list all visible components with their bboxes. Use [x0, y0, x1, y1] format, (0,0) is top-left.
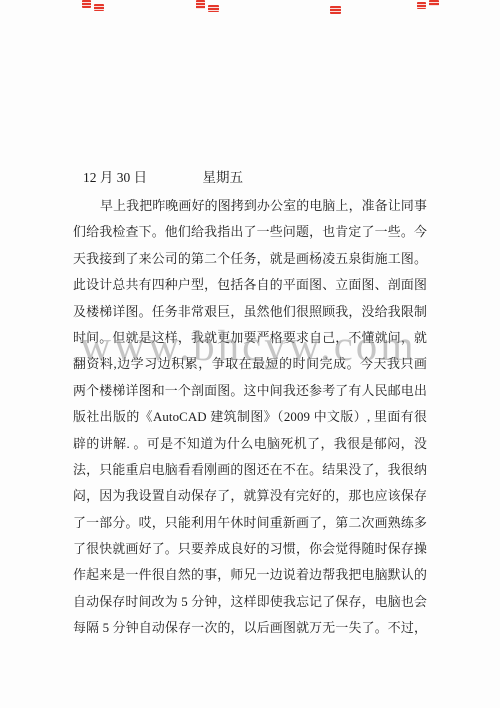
diary-weekday: 星期五 — [203, 170, 244, 185]
jpeg-artifact-mark — [82, 0, 91, 8]
diary-text-line: 法，只能重启电脑看看刚画的图还在不在。结果没了，我很纳 — [73, 457, 427, 483]
diary-text-line: 了很快就画好了。只要养成良好的习惯，你会觉得随时保存操 — [73, 536, 427, 562]
diary-text-line: 作起来是一件很自然的事，师兄一边说着边帮我把电脑默认的 — [73, 562, 427, 588]
diary-text-line: 此设计总共有四种户型，包括各自的平面图、立面图、剖面图 — [73, 272, 427, 298]
diary-text-line: 辟的讲解. 。可是不知道为什么电脑死机了，我很是郁闷，没办 — [73, 431, 427, 457]
diary-text-line: 早上我把昨晚画好的图拷到办公室的电脑上，准备让同事 — [73, 193, 427, 219]
diary-text-line: 每隔 5 分钟自动保存一次的，以后画图就万无一失了。不过， — [73, 615, 427, 641]
diary-date: 12 月 30 日 — [73, 170, 147, 185]
jpeg-artifact-mark — [196, 0, 205, 9]
diary-text-line: 版社出版的《AutoCAD 建筑制图》（2009 中文版）, 里面有很精 — [73, 404, 427, 430]
document-page: 12 月 30 日 星期五 早上我把昨晚画好的图拷到办公室的电脑上，准备让同事 … — [0, 0, 500, 708]
diary-body-text: 早上我把昨晚画好的图拷到办公室的电脑上，准备让同事 们给我检查下。他们给我指出了… — [73, 193, 427, 642]
diary-text-line: 时间。但就是这样，我就更加要严格要求自己，不懂就问，就 — [73, 325, 427, 351]
jpeg-artifact-mark — [429, 0, 439, 6]
jpeg-artifact-mark — [208, 5, 219, 12]
diary-text-line: 了一部分。哎，只能利用午休时间重新画了，第二次画熟练多 — [73, 510, 427, 536]
jpeg-artifact-mark — [330, 6, 341, 14]
diary-text-line: 两个楼梯详图和一个剖面图。这中间我还参考了有人民邮电出 — [73, 378, 427, 404]
diary-text-line: 自动保存时间改为 5 分钟，这样即使我忘记了保存，电脑也会 — [73, 589, 427, 615]
diary-date-line: 12 月 30 日 星期五 — [73, 168, 427, 188]
diary-text-line: 天我接到了来公司的第二个任务，就是画杨凌五泉街施工图。 — [73, 246, 427, 272]
diary-text-line: 翻资料,边学习边积累，争取在最短的时间完成。今天我只画了 — [73, 351, 427, 377]
diary-text-line: 及楼梯详图。任务非常艰巨，虽然他们很照顾我，没给我限制 — [73, 299, 427, 325]
jpeg-artifact-mark — [94, 4, 104, 11]
diary-text-line: 闷，因为我设置自动保存了，就算没有完好的，那也应该保存 — [73, 483, 427, 509]
diary-text-line: 们给我检查下。他们给我指出了一些问题，也肯定了一些。今 — [73, 219, 427, 245]
jpeg-artifact-mark — [417, 2, 426, 9]
